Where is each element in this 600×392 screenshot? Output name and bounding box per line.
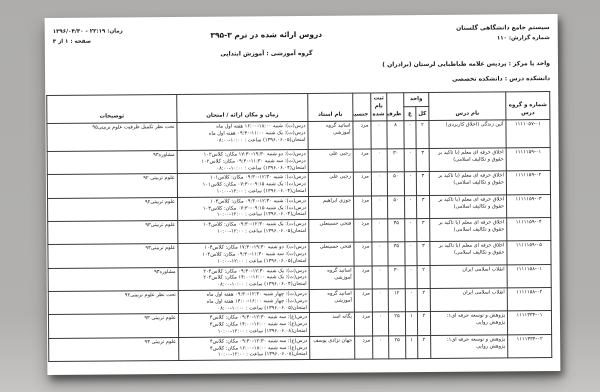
notes-cell: علوم تربیتی ۹۲ <box>47 174 177 198</box>
registered-cell: ۰ <box>371 149 387 173</box>
schedule-cell: درس(ت): شنبه ۱۲:۳۰-۰۹:۳۰ مکان: کلاس۱۰۳در… <box>178 196 309 220</box>
gender-cell: مرد <box>354 242 372 266</box>
course-name-cell: اخلاق حرفه ای معلم (با تاکید بر حقوق و ت… <box>429 148 506 172</box>
group-line: گروه آموزشی : آموزش ابتدایی <box>183 50 350 58</box>
gender-cell: مرد <box>354 266 372 290</box>
units-practical-cell: ۰ <box>405 289 417 312</box>
registered-cell: ۰ <box>371 121 387 149</box>
units-total-cell: ۲ <box>417 265 430 288</box>
notes-cell: علوم تربیتی۹۳ <box>48 221 178 245</box>
schedule-cell: درس(ت): یک شنبه ۱۲:۳۰-۰۹:۳۰ مکان: کلاس۲۰… <box>178 266 309 290</box>
notes-cell: تحت نظر علوم تربیتی۹۲ <box>48 290 178 314</box>
professor-cell: رجبی علی <box>308 172 353 196</box>
gender-cell: مرد <box>353 121 371 149</box>
course-name-cell: پژوهش و توسعه حرفه ای۱: پژوهش روایی <box>431 335 508 359</box>
units-practical-cell: ۱ <box>405 312 417 335</box>
schedule-cell: درس(ت): چهار شنبه ۱۲:۳۰-۰۹:۳۰ هفته اول م… <box>178 289 309 313</box>
schedule-cell: درس(ت): یک شنبه ۱۲:۳۰-۰۹:۳۰ مکان: کلاس۱۰… <box>178 220 309 244</box>
col-header-schedule: زمان و مکان ارائه / امتحان <box>177 93 308 122</box>
professor-cell: اساتید گروه آموزشی <box>308 121 353 149</box>
professor-cell: رجبی علی <box>308 149 353 173</box>
professor-cell: اساتید گروه آموزشی <box>309 266 354 290</box>
schedule-cell: درس(ت): شنبه ۱۲:۳۰-۰۹:۳۰ مکان: کلاس۱۰۱در… <box>177 173 308 197</box>
notes-cell: علوم تربیتی ۹۳ <box>49 337 179 361</box>
capacity-cell: ۳۰ <box>387 149 404 173</box>
table-row: ۱۱۱۱۳۳۴-۰۲ پژوهش و توسعه حرفه ای۱: پژوهش… <box>49 334 552 361</box>
schedule-cell: درس(ع): سه شنبه ۱۲:۳۰-۰۹:۳۰ مکان: کلاس۴د… <box>178 313 309 337</box>
professor-cell: فتحی حسینعلی <box>309 242 354 266</box>
capacity-cell: ۸ <box>387 121 404 149</box>
col-header-gender: جنسیت <box>353 93 371 121</box>
unit-line: واحد یا مرکز : پردیس علامه طباطبایی لرست… <box>350 56 550 73</box>
capacity-cell: ۲۵ <box>388 312 405 336</box>
course-number-cell: ۱۱۱۱۱۵۹-۰۱ <box>506 148 550 172</box>
col-header-units: واحد <box>404 93 429 107</box>
registered-cell: ۰ <box>371 172 387 196</box>
unit-faculty-block: واحد یا مرکز : پردیس علامه طباطبایی لرست… <box>350 56 550 88</box>
course-number-cell: ۱۱۱۱۱۵۹-۰۴ <box>507 218 551 241</box>
units-practical-cell: ۱ <box>406 335 418 358</box>
capacity-cell: ۱۲ <box>388 289 405 313</box>
units-total-cell: ۲ <box>417 288 430 311</box>
gender-cell: مرد <box>353 149 371 173</box>
units-total-cell: ۲ <box>416 121 429 149</box>
schedule-cell: درس(ت): دو شنبه ۱۹:۳۰-۱۷:۳۰ مکان: کلاس۱۰… <box>178 243 309 267</box>
registered-cell: ۰ <box>372 289 388 313</box>
units-total-cell: ۳ <box>417 195 430 218</box>
course-name-cell: اخلاق حرفه ای معلم (با تاکید بر حقوق و ت… <box>430 218 507 242</box>
professor-cell: یگانه اسد <box>309 312 354 336</box>
course-name-cell: اخلاق حرفه ای معلم (با تاکید بر حقوق و ت… <box>429 171 506 195</box>
desktop-background: { "colors": { "background": "#b1b0ae", "… <box>0 0 600 392</box>
units-total-cell: ۳ <box>417 242 430 265</box>
header-right-block: سیستم جامع دانشگاهی گلستان شماره گزارش: … <box>350 23 550 88</box>
course-name-cell: اخلاق حرفه ای معلم (با تاکید بر حقوق و ت… <box>430 241 507 265</box>
schedule-cell: درس(ت): شنبه ۱۸:۰۰-۱۶:۰۰ هفته اول ماهدرس… <box>177 121 308 150</box>
gender-cell: مرد <box>354 312 372 336</box>
course-number-cell: ۱۱۱۱۳۳۴-۰۲ <box>508 334 552 358</box>
course-name-cell: انقلاب اسلامی ایران <box>430 264 507 288</box>
col-header-course-name: نام درس <box>429 92 506 121</box>
capacity-cell: ۵۰ <box>387 195 404 219</box>
course-number-cell: ۱۱۱۱۱۵۸-۰۲ <box>507 288 551 312</box>
col-header-registered: ثبت نام شده <box>371 93 387 121</box>
schedule-cell: درس(ع): سه شنبه ۱۲:۳۰-۰۹:۳۰ مکان: کلاس۴د… <box>179 336 310 360</box>
schedule-cell: درس(ت): دو شنبه ۱۹:۳۰-۱۷:۳۰ مکان: کلاس۱۰… <box>177 149 308 173</box>
page-header: سیستم جامع دانشگاهی گلستان شماره گزارش: … <box>53 23 550 90</box>
notes-cell: علوم تربیتی۹۳ <box>48 244 178 268</box>
table-row: ۱۱۱۱۰۵۷-۰۱ آئین زندگی (اخلاق کاربردی) ۲ … <box>47 120 550 152</box>
units-practical-cell: ۰ <box>404 121 416 149</box>
registered-cell: ۰ <box>373 336 389 360</box>
notes-cell: تحت نظر تکمیل ظرفیت علوم تربیتی۹۵ <box>47 122 177 151</box>
table-body: ۱۱۱۱۰۵۷-۰۱ آئین زندگی (اخلاق کاربردی) ۲ … <box>47 120 552 362</box>
notes-cell: علوم تربیتی۹۲ <box>48 197 178 221</box>
units-practical-cell: ۰ <box>405 242 417 265</box>
units-total-cell: ۳ <box>417 219 430 242</box>
col-header-notes: توضیحات <box>47 94 177 123</box>
gender-cell: مرد <box>353 196 371 220</box>
courses-table: شماره و گروه درس نام درس واحد ظرفیت ثبت … <box>46 91 552 362</box>
page-number: صفحه : ۱ از ۳ <box>53 36 183 47</box>
header-center-block: دروس ارائه شده در ترم ۳-۳۹۵ گروه آموزشی … <box>183 25 350 89</box>
professor-cell: اساتید گروه آموزشی <box>309 289 354 313</box>
units-total-cell: ۲ <box>418 335 431 358</box>
registered-cell: ۰ <box>372 312 388 336</box>
units-practical-cell: ۰ <box>404 172 416 195</box>
report-title: دروس ارائه شده در ترم ۳-۳۹۵ <box>183 29 350 41</box>
units-practical-cell: ۰ <box>405 265 417 288</box>
course-number-cell: ۱۱۱۱۱۵۹-۰۲ <box>506 171 550 195</box>
notes-cell: مشاوره۹۳ <box>48 267 178 291</box>
course-name-cell: اخلاق حرفه ای معلم (با تاکید بر حقوق و ت… <box>430 195 507 219</box>
units-total-cell: ۳ <box>416 149 429 172</box>
notes-cell: علوم تربیتی ۹۳ <box>48 314 178 338</box>
report-page: سیستم جامع دانشگاهی گلستان شماره گزارش: … <box>45 14 561 375</box>
col-header-units-practical: ع <box>404 107 416 121</box>
course-number-cell: ۱۱۱۱۱۵۸-۰۱ <box>507 264 551 288</box>
notes-cell: مشاوره۹۳ <box>47 150 177 174</box>
course-number-cell: ۱۱۱۱۰۵۷-۰۱ <box>506 120 550 148</box>
units-practical-cell: ۰ <box>404 149 416 172</box>
gender-cell: مرد <box>353 172 371 196</box>
col-header-capacity: ظرفیت <box>387 93 404 121</box>
registered-cell: ۰ <box>372 219 388 242</box>
units-practical-cell: ۰ <box>404 195 416 218</box>
capacity-cell: ۳۰ <box>388 265 405 289</box>
report-number: شماره گزارش: ۱۱۰ <box>350 33 550 45</box>
capacity-cell: ۳۵ <box>388 242 405 266</box>
professor-cell: جهان نژادی یوسف <box>310 336 355 360</box>
course-name-cell: آئین زندگی (اخلاق کاربردی) <box>429 120 506 149</box>
gender-cell: مرد <box>355 336 373 360</box>
col-header-professor: نام استاد <box>308 93 353 121</box>
course-number-cell: ۱۱۱۱۳۳۴-۰۱ <box>507 311 551 335</box>
course-number-cell: ۱۱۱۱۱۵۹-۰۳ <box>507 194 551 218</box>
professor-cell: جوزی ابراهیم <box>308 196 353 220</box>
header-left-block: زمان: ۲۲:۱۹ - ۱۳۹۶/۰۴/۳۰ صفحه : ۱ از ۳ <box>53 26 183 90</box>
course-number-cell: ۱۱۱۱۱۵۹-۰۵ <box>507 241 551 265</box>
capacity-cell: ۵۰ <box>387 172 404 196</box>
col-header-units-total: کل <box>416 107 429 121</box>
gender-cell: مرد <box>354 289 372 313</box>
faculty-line: دانشکده درس : دانشکده تخصصی <box>350 71 550 88</box>
capacity-cell: ۳۵ <box>388 219 405 242</box>
units-practical-cell: ۰ <box>405 219 417 242</box>
units-total-cell: ۳ <box>416 172 429 195</box>
gender-cell: مرد <box>354 219 372 242</box>
table-header: شماره و گروه درس نام درس واحد ظرفیت ثبت … <box>47 92 550 124</box>
units-total-cell: ۲ <box>417 312 430 335</box>
course-name-cell: پژوهش و توسعه حرفه ای۱: پژوهش روایی <box>430 311 507 335</box>
professor-cell: فتحی حسینعلی <box>309 219 354 242</box>
registered-cell: ۰ <box>372 242 388 266</box>
col-header-course-number: شماره و گروه درس <box>506 92 550 120</box>
registered-cell: ۰ <box>372 265 388 289</box>
registered-cell: ۰ <box>371 196 387 220</box>
course-name-cell: انقلاب اسلامی ایران <box>430 288 507 312</box>
capacity-cell: ۲۵ <box>389 335 406 359</box>
